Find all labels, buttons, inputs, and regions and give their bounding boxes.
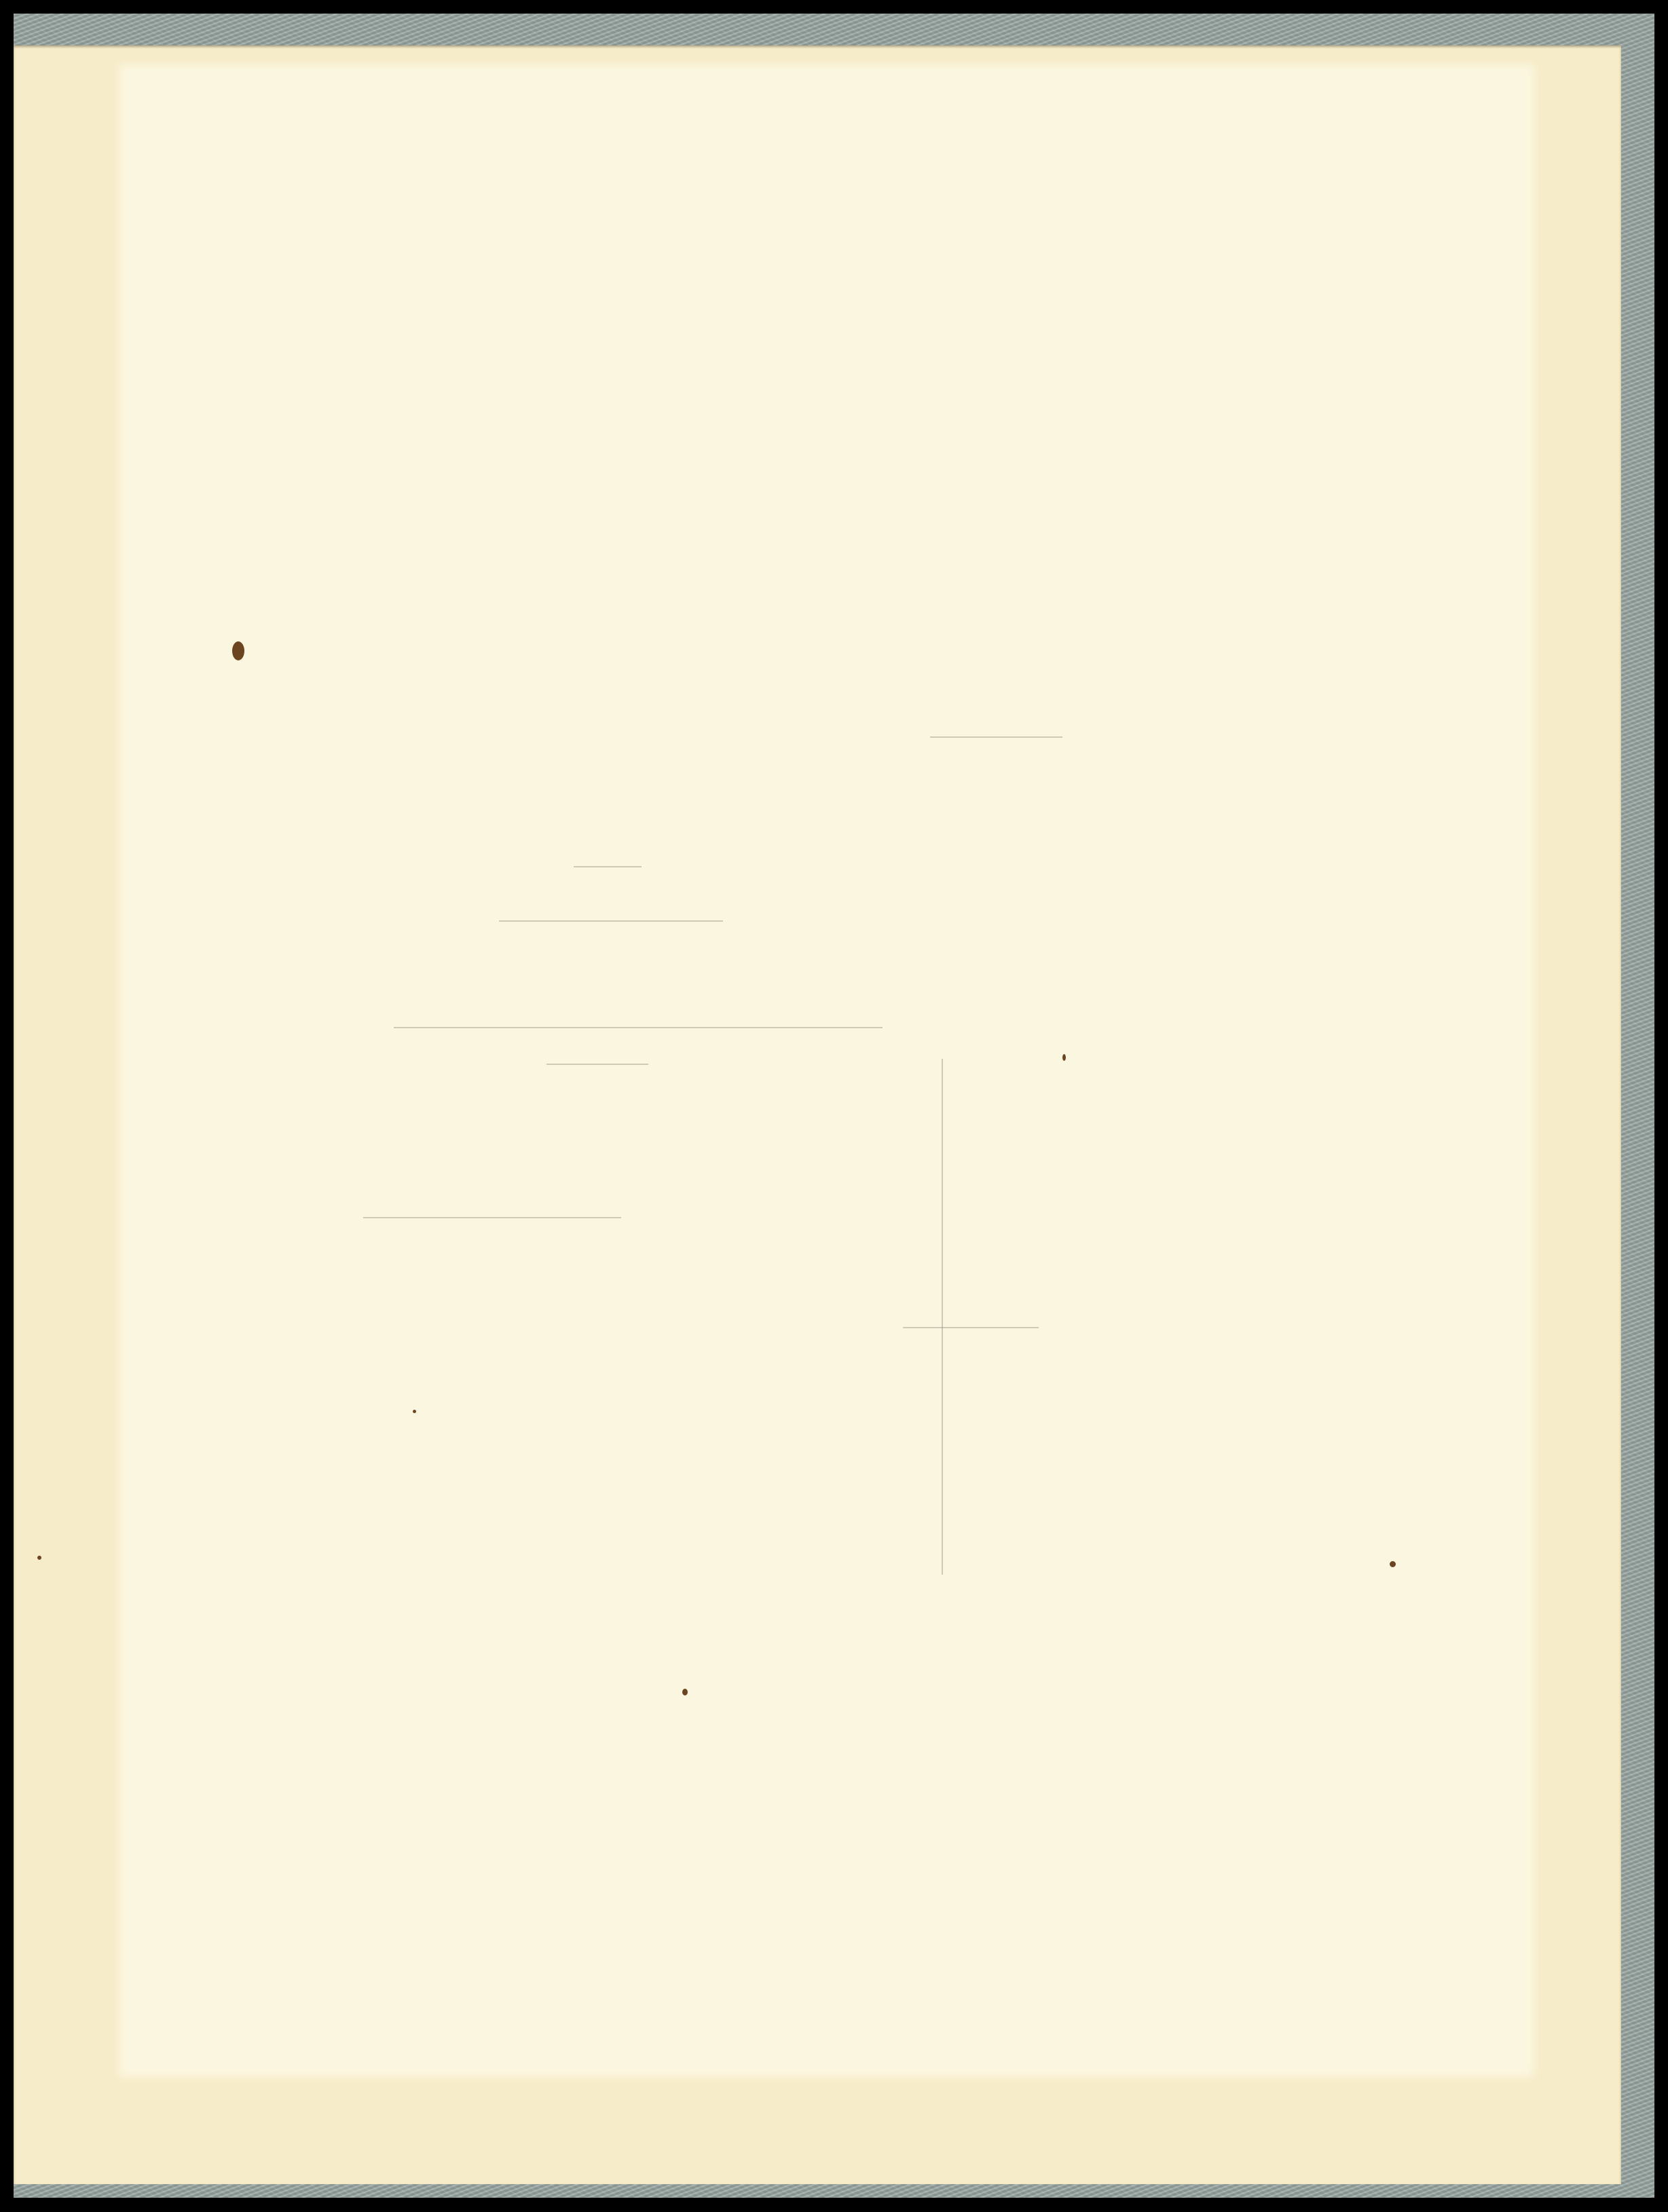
pencil-mark (942, 1059, 943, 1575)
stain-spot (37, 1556, 41, 1560)
pencil-mark (574, 866, 642, 867)
stain-spot (413, 1410, 416, 1413)
pencil-mark (903, 1327, 1039, 1328)
page-inner-area (119, 64, 1534, 2077)
pencil-mark (363, 1217, 621, 1218)
endpaper-page (14, 45, 1621, 2184)
stain-spot (232, 641, 244, 660)
stain-spot (1390, 1561, 1396, 1567)
stain-spot (682, 1689, 688, 1695)
pencil-mark (546, 1064, 648, 1065)
stain-spot (1062, 1054, 1066, 1061)
pencil-mark (930, 736, 1062, 738)
pencil-mark (499, 920, 723, 922)
pencil-mark (394, 1027, 883, 1028)
